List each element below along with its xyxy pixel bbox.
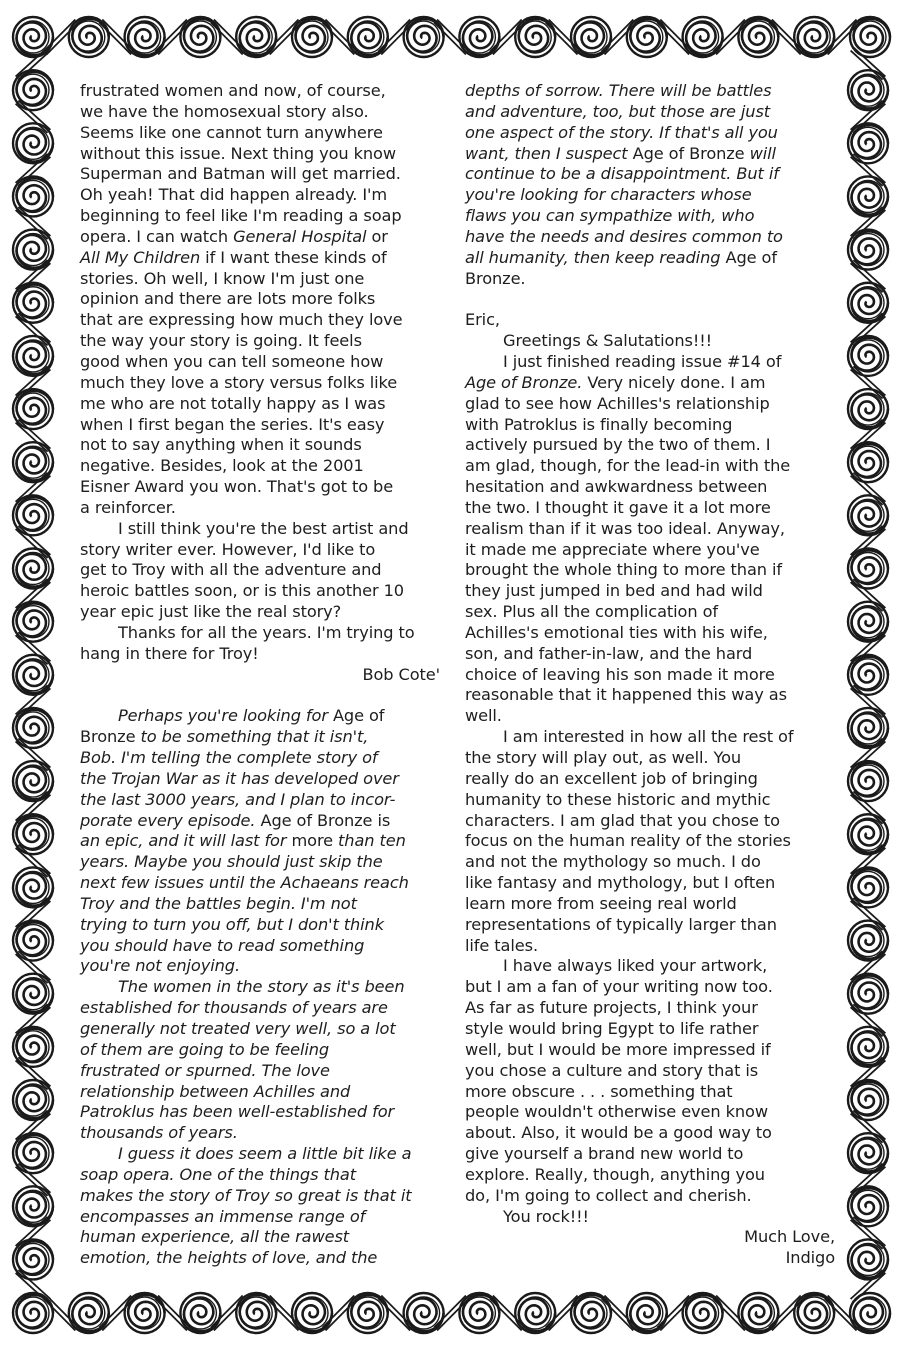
text-line: we have the homosexual story also. — [80, 102, 440, 123]
left-column: frustrated women and now, of course,we h… — [80, 81, 440, 1269]
text-line: reasonable that it happened this way as — [465, 685, 835, 706]
text-line: emotion, the heights of love, and the — [80, 1248, 440, 1269]
text-line: well. — [465, 706, 835, 727]
letter-bob-cote-body: frustrated women and now, of course,we h… — [80, 81, 440, 665]
text-line: son, and father-in-law, and the hard — [465, 644, 835, 665]
signature-indigo: Indigo — [465, 1248, 835, 1269]
text-line: about. Also, it would be a good way to — [465, 1123, 835, 1144]
letter-indigo-body: Eric,Greetings & Salutations!!!I just fi… — [465, 310, 835, 1227]
text-line: years. Maybe you should just skip the — [80, 852, 440, 873]
text-line: opera. I can watch General Hospital or — [80, 227, 440, 248]
text-line: Bronze. — [465, 269, 835, 290]
text-line: me who are not totally happy as I was — [80, 394, 440, 415]
text-line: established for thousands of years are — [80, 998, 440, 1019]
text-line: characters. I am glad that you chose to — [465, 811, 835, 832]
text-line: learn more from seeing real world — [465, 894, 835, 915]
text-line: thousands of years. — [80, 1123, 440, 1144]
text-line: Age of Bronze. Very nicely done. I am — [465, 373, 835, 394]
text-line: and adventure, too, but those are just — [465, 102, 835, 123]
text-line: Patroklus has been well-established for — [80, 1102, 440, 1123]
text-line: want, then I suspect Age of Bronze will — [465, 144, 835, 165]
text-line: frustrated or spurned. The love — [80, 1061, 440, 1082]
text-line: year epic just like the real story? — [80, 602, 440, 623]
text-line: I guess it does seem a little bit like a — [80, 1144, 440, 1165]
text-line: all humanity, then keep reading Age of — [465, 248, 835, 269]
text-line: you're looking for characters whose — [465, 185, 835, 206]
text-line: style would bring Egypt to life rather — [465, 1019, 835, 1040]
text-line: Eisner Award you won. That's got to be — [80, 477, 440, 498]
text-line: porate every episode. Age of Bronze is — [80, 811, 440, 832]
text-line: when I first began the series. It's easy — [80, 415, 440, 436]
text-line: a reinforcer. — [80, 498, 440, 519]
text-line: flaws you can sympathize with, who — [465, 206, 835, 227]
paragraph-gap — [465, 289, 835, 310]
text-line: next few issues until the Achaeans reach — [80, 873, 440, 894]
text-line: Perhaps you're looking for Age of — [80, 706, 440, 727]
text-line: explore. Really, though, anything you — [465, 1165, 835, 1186]
text-line: like fantasy and mythology, but I often — [465, 873, 835, 894]
text-line: sex. Plus all the complication of — [465, 602, 835, 623]
text-line: hang in there for Troy! — [80, 644, 440, 665]
text-line: I just finished reading issue #14 of — [465, 352, 835, 373]
text-line: it made me appreciate where you've — [465, 540, 835, 561]
text-line: people wouldn't otherwise even know — [465, 1102, 835, 1123]
text-line: I am interested in how all the rest of — [465, 727, 835, 748]
text-line: soap opera. One of the things that — [80, 1165, 440, 1186]
text-line: Thanks for all the years. I'm trying to — [80, 623, 440, 644]
text-line: more obscure . . . something that — [465, 1082, 835, 1103]
text-line: the story will play out, as well. You — [465, 748, 835, 769]
text-line: encompasses an immense range of — [80, 1207, 440, 1228]
text-line: continue to be a disappointment. But if — [465, 164, 835, 185]
text-line: brought the whole thing to more than if — [465, 560, 835, 581]
text-line: an epic, and it will last for more than … — [80, 831, 440, 852]
text-line: but I am a fan of your writing now too. — [465, 977, 835, 998]
text-line: Achilles's emotional ties with his wife, — [465, 623, 835, 644]
text-line: beginning to feel like I'm reading a soa… — [80, 206, 440, 227]
text-line: trying to turn you off, but I don't thin… — [80, 915, 440, 936]
text-line: generally not treated very well, so a lo… — [80, 1019, 440, 1040]
text-line: story writer ever. However, I'd like to — [80, 540, 440, 561]
paragraph-gap — [80, 685, 440, 706]
text-line: Greetings & Salutations!!! — [465, 331, 835, 352]
closing-much-love: Much Love, — [465, 1227, 835, 1248]
text-line: I have always liked your artwork, — [465, 956, 835, 977]
text-line: hesitation and awkwardness between — [465, 477, 835, 498]
text-line: actively pursued by the two of them. I — [465, 435, 835, 456]
text-line: negative. Besides, look at the 2001 — [80, 456, 440, 477]
text-line: depths of sorrow. There will be battles — [465, 81, 835, 102]
text-line: get to Troy with all the adventure and — [80, 560, 440, 581]
text-line: the last 3000 years, and I plan to incor… — [80, 790, 440, 811]
text-line: well, but I would be more impressed if — [465, 1040, 835, 1061]
text-line: As far as future projects, I think your — [465, 998, 835, 1019]
editor-reply-continued: depths of sorrow. There will be battlesa… — [465, 81, 835, 289]
text-line: not to say anything when it sounds — [80, 435, 440, 456]
text-line: You rock!!! — [465, 1207, 835, 1228]
text-line: All My Children if I want these kinds of — [80, 248, 440, 269]
text-line: representations of typically larger than — [465, 915, 835, 936]
signature-bob-cote: Bob Cote' — [80, 665, 440, 686]
text-line: Bob. I'm telling the complete story of — [80, 748, 440, 769]
text-line: with Patroklus is finally becoming — [465, 415, 835, 436]
text-line: stories. Oh well, I know I'm just one — [80, 269, 440, 290]
text-line: am glad, though, for the lead-in with th… — [465, 456, 835, 477]
text-line: the way your story is going. It feels — [80, 331, 440, 352]
text-line: heroic battles soon, or is this another … — [80, 581, 440, 602]
editor-reply: Perhaps you're looking for Age ofBronze … — [80, 706, 440, 1269]
text-line: choice of leaving his son made it more — [465, 665, 835, 686]
text-line: give yourself a brand new world to — [465, 1144, 835, 1165]
text-line: glad to see how Achilles's relationship — [465, 394, 835, 415]
right-column: depths of sorrow. There will be battlesa… — [465, 81, 835, 1269]
text-line: the two. I thought it gave it a lot more — [465, 498, 835, 519]
text-line: have the needs and desires common to — [465, 227, 835, 248]
text-line: Troy and the battles begin. I'm not — [80, 894, 440, 915]
text-line: Eric, — [465, 310, 835, 331]
text-line: realism than if it was too ideal. Anyway… — [465, 519, 835, 540]
text-line: that are expressing how much they love — [80, 310, 440, 331]
text-line: focus on the human reality of the storie… — [465, 831, 835, 852]
text-line: they just jumped in bed and had wild — [465, 581, 835, 602]
text-line: you chose a culture and story that is — [465, 1061, 835, 1082]
text-line: relationship between Achilles and — [80, 1082, 440, 1103]
text-line: Oh yeah! That did happen already. I'm — [80, 185, 440, 206]
text-line: Bronze to be something that it isn't, — [80, 727, 440, 748]
text-line: you're not enjoying. — [80, 956, 440, 977]
text-line: and not the mythology so much. I do — [465, 852, 835, 873]
text-line: much they love a story versus folks like — [80, 373, 440, 394]
text-line: human experience, all the rawest — [80, 1227, 440, 1248]
text-line: I still think you're the best artist and — [80, 519, 440, 540]
text-line: Superman and Batman will get married. — [80, 164, 440, 185]
text-line: really do an excellent job of bringing — [465, 769, 835, 790]
text-line: Seems like one cannot turn anywhere — [80, 123, 440, 144]
text-line: life tales. — [465, 936, 835, 957]
text-line: frustrated women and now, of course, — [80, 81, 440, 102]
text-line: humanity to these historic and mythic — [465, 790, 835, 811]
text-line: of them are going to be feeling — [80, 1040, 440, 1061]
text-line: you should have to read something — [80, 936, 440, 957]
text-line: one aspect of the story. If that's all y… — [465, 123, 835, 144]
text-line: do, I'm going to collect and cherish. — [465, 1186, 835, 1207]
text-line: The women in the story as it's been — [80, 977, 440, 998]
text-line: without this issue. Next thing you know — [80, 144, 440, 165]
text-line: makes the story of Troy so great is that… — [80, 1186, 440, 1207]
text-line: good when you can tell someone how — [80, 352, 440, 373]
text-line: the Trojan War as it has developed over — [80, 769, 440, 790]
text-line: opinion and there are lots more folks — [80, 289, 440, 310]
